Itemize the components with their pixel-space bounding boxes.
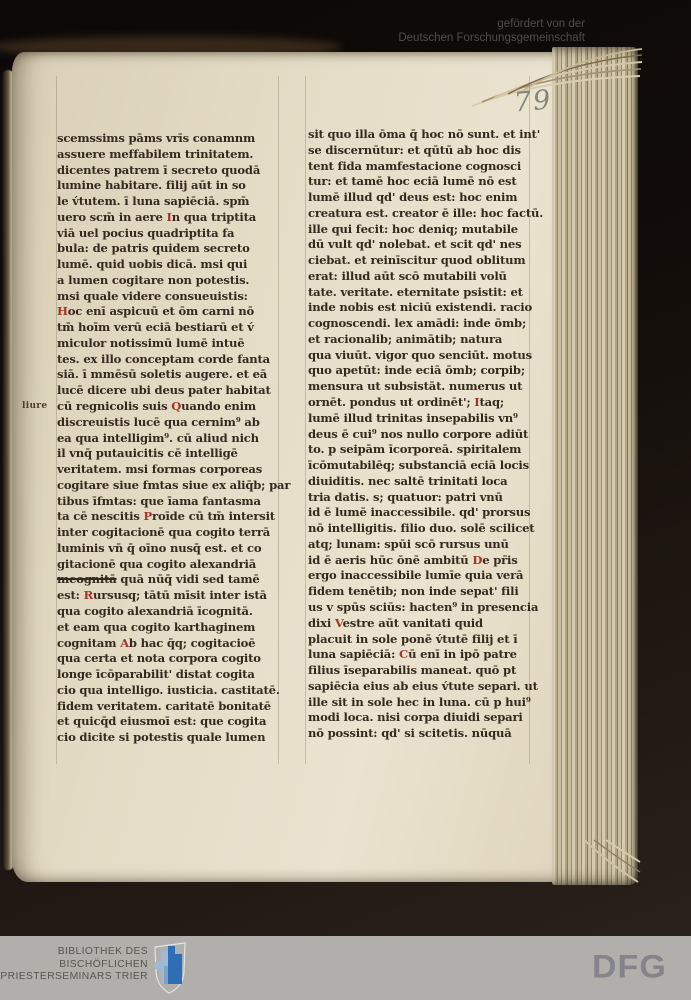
left-column: scemssims pāms vrīs conamnmassuere meffa… (57, 131, 279, 746)
manuscript-line: ergo inaccessibile lumīe quia verā (308, 568, 534, 584)
manuscript-line: tur: et tamē hoc eciā lumē nō est (308, 174, 534, 190)
manuscript-line: qua cogito alexandriā īcognitā. (57, 604, 279, 620)
manuscript-line: tate. veritate. eternitate psistit: et (308, 285, 534, 301)
manuscript-line: dū vult qd' nolebat. et scit qd' nes (308, 237, 534, 253)
manuscript-line: us v spūs sciūs: hacten⁹ in presencia (308, 600, 534, 616)
manuscript-line: lumine habitare. filij aūt in so (57, 178, 279, 194)
manuscript-line: et racionalib; animātib; natura (308, 332, 534, 348)
margin-annotation: liure (22, 401, 47, 411)
manuscript-line: siā. ī mmēsū soletis augere. et eā (57, 367, 279, 383)
manuscript-line: erat: illud aūt scō mutabili volū (308, 269, 534, 285)
manuscript-line: lucē dicere ubi deus pater habitat (57, 383, 279, 399)
right-column: sit quo illa ōma q̄ hoc nō sunt. et int'… (308, 127, 534, 742)
manuscript-line: dicentes patrem ī secreto quodā (57, 163, 279, 179)
manuscript-line: il vnq̄ putauicitis cē intelligē (57, 446, 279, 462)
manuscript-line: tibus īfmtas: que īama fantasma (57, 494, 279, 510)
manuscript-line: lumē illud trinitas insepabilis vn⁹ (308, 411, 534, 427)
manuscript-line: lumē illud qd' deus est: hoc enim (308, 190, 534, 206)
manuscript-line: quo apetūt: inde eciā ōmb; corpib; (308, 363, 534, 379)
manuscript-line: cognoscendi. lex amādi: inde ōmb; (308, 316, 534, 332)
manuscript-line: to. p seipām īcorporeā. spiritalem (308, 442, 534, 458)
manuscript-line: sit quo illa ōma q̄ hoc nō sunt. et int' (308, 127, 534, 143)
folio-number: 79 (513, 84, 554, 118)
manuscript-line: gitacionē qua cogito alexandriā (57, 557, 279, 573)
manuscript-line: ille sit in sole hec in luna. cū p hui⁹ (308, 695, 534, 711)
manuscript-line: le v́tutem. ī luna sapiēciā. spm̄ (57, 194, 279, 210)
manuscript-line: ea qua intelligim⁹. cū aliud nich (57, 431, 279, 447)
manuscript-line: tria datis. s; quatuor: patri vnū (308, 490, 534, 506)
manuscript-line: miculor notissimū lumē intuē (57, 336, 279, 352)
manuscript-line: cio dicite si potestis quale lumen (57, 730, 279, 746)
library-credit-line: BISCHÖFLICHEN (0, 959, 148, 972)
manuscript-line: ille qui fecit: hoc deniq; mutabile (308, 222, 534, 238)
priesterseminar-shield-logo (152, 940, 188, 996)
manuscript-line: lumē. quid uobis dicā. msi qui (57, 257, 279, 273)
manuscript-line: se discernūtur: et qūtū ab hoc dis (308, 143, 534, 159)
ruling-line (305, 76, 306, 764)
library-credit-line: PRIESTERSEMINARS TRIER (0, 971, 148, 984)
manuscript-line: tm̄ hoīm verū eciā bestiarū et v́ (57, 320, 279, 336)
manuscript-line: cū regnicolis suis Quando enim (57, 399, 279, 415)
stacked-page-corners-top (468, 42, 643, 112)
manuscript-line: cio qua intelligo. iusticia. castitatē. (57, 683, 279, 699)
dfg-logo: DFG (592, 949, 667, 986)
manuscript-line: īcōmutabilēq; substanciā eciā locis (308, 458, 534, 474)
manuscript-line: cogitare siue fmtas siue ex aliq̄b; par (57, 478, 279, 494)
funding-credit-line: Deutschen Forschungsgemeinschaft (398, 32, 585, 46)
manuscript-line: meognitā quā nūq̄ vidi sed tamē (57, 572, 279, 588)
manuscript-line: deus ē cui⁹ nos nullo corpore adiūt (308, 427, 534, 443)
manuscript-line: nō intelligitis. filio duo. solē scilice… (308, 521, 534, 537)
manuscript-line: discreuistis lucē qua cernim⁹ ab (57, 415, 279, 431)
manuscript-line: ornēt. pondus ut ordinēt'; Itaq; (308, 395, 534, 411)
manuscript-line: Hoc enī aspicuū et ōm carni nō (57, 304, 279, 320)
manuscript-line: est: Rursusq; tātū mīsit inter istā (57, 588, 279, 604)
manuscript-line: luna sapiēciā: Cū enī in ipō patre (308, 647, 534, 663)
manuscript-line: tent fida mamfestacione cognosci (308, 159, 534, 175)
manuscript-line: et quicq̄d eiusmoī est: que cogita (57, 714, 279, 730)
manuscript-line: assuere meffabilem trinitatem. (57, 147, 279, 163)
manuscript-line: bula: de patris quidem secreto (57, 241, 279, 257)
manuscript-line: nō possint: qd' si scitetis. nūquā (308, 726, 534, 742)
credit-bar: BIBLIOTHEK DES BISCHÖFLICHEN PRIESTERSEM… (0, 936, 691, 1000)
manuscript-line: ta cē nescitis Proīde cū tm̄ intersit (57, 509, 279, 525)
manuscript-line: inde nobis est niciū existendi. racio (308, 300, 534, 316)
manuscript-line: luminis vn̄ q̄ oīno nusq̄ est. et co (57, 541, 279, 557)
manuscript-line: tes. ex illo conceptam corde fanta (57, 352, 279, 368)
manuscript-line: dixi Vestre aūt vanitati quid (308, 616, 534, 632)
page-stack-fore-edge (552, 47, 638, 885)
library-credit-line: BIBLIOTHEK DES (0, 946, 148, 959)
manuscript-line: qua viuūt. vigor quo senciūt. motus (308, 348, 534, 364)
manuscript-line: placuit in sole ponē v́tutē filij et ī (308, 632, 534, 648)
manuscript-line: et eam qua cogito karthaginem (57, 620, 279, 636)
manuscript-line: viā uel pocius quadriptita fa (57, 226, 279, 242)
manuscript-line: fidem veritatem. caritatē bonitatē (57, 699, 279, 715)
funding-credit: gefördert von der Deutschen Forschungsge… (398, 18, 585, 45)
manuscript-line: id ē lumē inaccessibile. qd' prorsus (308, 505, 534, 521)
manuscript-line: longe īcōparabilit' distat cogita (57, 667, 279, 683)
manuscript-line: uero scm̄ in aere In qua triptita (57, 210, 279, 226)
manuscript-line: a lumen cogitare non potestis. (57, 273, 279, 289)
manuscript-line: msi quale videre consueuistis: (57, 289, 279, 305)
manuscript-line: sapiēcia eius ab eius v́tute separi. ut (308, 679, 534, 695)
manuscript-line: atq; lunam: spūi scō rursus unū (308, 537, 534, 553)
manuscript-line: modi loca. nisi corpa diuidi separi (308, 710, 534, 726)
manuscript-line: id ē aeris hūc ōnē ambitū De pr̄is (308, 553, 534, 569)
manuscript-line: filius īseparabilis maneat. quō pt (308, 663, 534, 679)
funding-credit-line: gefördert von der (398, 18, 585, 32)
manuscript-line: cognitam Ab hac q̄q; cogitacioē (57, 636, 279, 652)
manuscript-line: creatura est. creator ē ille: hoc factū. (308, 206, 534, 222)
manuscript-line: fidem tenētib; non inde sepat' fili (308, 584, 534, 600)
manuscript-line: inter cogitacionē qua cogito terrā (57, 525, 279, 541)
manuscript-line: qua certa et nota corpora cogito (57, 651, 279, 667)
manuscript-line: diuiditis. nec saltē trinitati loca (308, 474, 534, 490)
manuscript-line: veritatem. msi formas corporeas (57, 462, 279, 478)
library-credit: BIBLIOTHEK DES BISCHÖFLICHEN PRIESTERSEM… (0, 946, 148, 984)
stacked-page-corners-bottom (580, 838, 642, 890)
manuscript-scan-photo: 79 liure scemssims pāms vrīs conamnmassu… (0, 0, 691, 1000)
manuscript-line: mensura ut subsistāt. numerus ut (308, 379, 534, 395)
manuscript-line: ciebat. et reinīscitur quod oblitum (308, 253, 534, 269)
manuscript-line: scemssims pāms vrīs conamnm (57, 131, 279, 147)
